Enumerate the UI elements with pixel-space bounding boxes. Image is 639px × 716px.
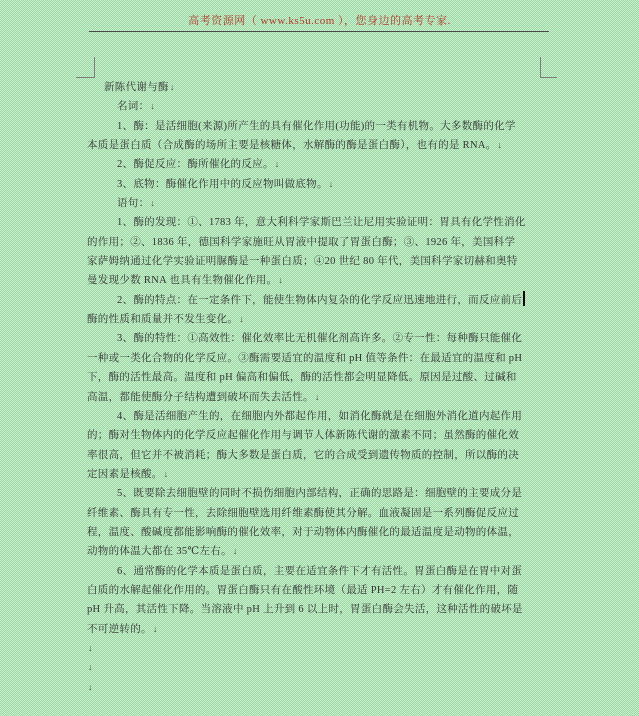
text-run: 5、既要除去细胞壁的同时不损伤细胞内部结构，正确的思路是：细胞壁的主要成分是 (117, 488, 522, 499)
paragraph-mark: ↓ (329, 179, 334, 189)
paragraph-mark: ↓ (239, 314, 244, 324)
text-run: 3、酶的特性：①高效性：催化效率比无机催化剂高许多。②专一性：每种酶只能催化 (117, 333, 522, 344)
text-line[interactable]: 本质是蛋白质（合成酶的场所主要是核糖体，水解酶的酶是蛋白酶），也有的是 RNA。… (87, 136, 549, 155)
text-line[interactable]: pH 升高，其活性下降。当溶液中 pH 上升到 6 以上时，胃蛋白酶会失活，这种… (87, 600, 549, 619)
header-rule (89, 31, 549, 32)
text-line[interactable]: 曼发现少数 RNA 也具有生物催化作用。↓ (87, 271, 549, 290)
paragraph-mark: ↓ (233, 546, 238, 556)
text-line[interactable]: 的；酶对生物体内的化学反应起催化作用与调节人体新陈代谢的激素不同；虽然酶的催化效 (87, 426, 549, 445)
text-run: 2、酶促反应：酶所催化的反应。 (117, 159, 274, 170)
text-line[interactable]: 1、酶的发现：①、1783 年，意大利科学家斯巴兰让尼用实验证明：胃具有化学性消… (87, 213, 549, 232)
text-cursor (523, 291, 525, 306)
text-run: 6、通常酶的化学本质是蛋白质，主要在适宜条件下才有活性。胃蛋白酶是在胃中对蛋 (117, 566, 522, 577)
text-line[interactable]: ↓ (87, 639, 549, 658)
text-run: 高温，都能使酶分子结构遭到破坏而失去活性。 (87, 392, 314, 403)
text-run: 纤维素、酶具有专一性，去除细胞壁选用纤维素酶使其分解。血液凝固是一系列酶促反应过 (87, 508, 519, 519)
text-line[interactable]: 语句：↓ (87, 194, 549, 213)
paragraph-mark: ↓ (88, 643, 93, 653)
paragraph-mark: ↓ (315, 392, 320, 402)
paragraph-mark: ↓ (170, 82, 175, 92)
text-line[interactable]: 4、酶是活细胞产生的，在细胞内外都起作用，如消化酶就是在细胞外消化道内起作用 (87, 407, 549, 426)
text-line[interactable]: 6、通常酶的化学本质是蛋白质，主要在适宜条件下才有活性。胃蛋白酶是在胃中对蛋 (87, 562, 549, 581)
text-run: 程，温度、酸碱度都能影响酶的催化效率，对于动物体内酶催化的最适温度是动物的体温， (87, 527, 519, 538)
text-line[interactable]: 3、酶的特性：①高效性：催化效率比无机催化剂高许多。②专一性：每种酶只能催化 (87, 329, 549, 348)
text-line[interactable]: 白质的水解起催化作用的。胃蛋白酶只有在酸性环境（最适 PH=2 左右）才有催化作… (87, 581, 549, 600)
text-run: 1、酶：是活细胞(来源)所产生的具有催化作用(功能)的一类有机物。大多数酶的化学 (117, 121, 516, 132)
text-run: 不可逆转的。 (87, 624, 152, 635)
text-line[interactable]: 家萨姆纳通过化学实验证明脲酶是一种蛋白质；④20 世纪 80 年代，美国科学家切… (87, 252, 549, 271)
text-run: 曼发现少数 RNA 也具有生物催化作用。 (87, 275, 277, 286)
text-line[interactable]: 3、底物：酶催化作用中的反应物叫做底物。↓ (87, 175, 549, 194)
page-margin-mark-top-left (76, 57, 95, 78)
text-line[interactable]: 新陈代谢与酶↓ (87, 78, 549, 97)
text-line[interactable]: ↓ (87, 658, 549, 677)
paragraph-mark: ↓ (164, 469, 169, 479)
text-run: 2、酶的特点：在一定条件下，能使生物体内复杂的化学反应迅速地进行，而反应前后 (117, 295, 522, 306)
text-run: 本质是蛋白质（合成酶的场所主要是核糖体，水解酶的酶是蛋白酶），也有的是 RNA。 (87, 140, 497, 151)
text-line[interactable]: 程，温度、酸碱度都能影响酶的催化效率，对于动物体内酶催化的最适温度是动物的体温， (87, 523, 549, 542)
text-run: 率很高，但它并不被消耗；酶大多数是蛋白质，它的合成受到遗传物质的控制，所以酶的决 (87, 450, 519, 461)
text-line[interactable]: 定因素是核酸。↓ (87, 465, 549, 484)
text-line[interactable]: 1、酶：是活细胞(来源)所产生的具有催化作用(功能)的一类有机物。大多数酶的化学 (87, 117, 549, 136)
text-line[interactable]: 一种或一类化合物的化学反应。③酶需要适宜的温度和 pH 值等条件：在最适宜的温度… (87, 349, 549, 368)
text-line[interactable]: 动物的体温大都在 35℃左右。↓ (87, 542, 549, 561)
paragraph-mark: ↓ (275, 159, 280, 169)
word-document-view: 高考资源网（ www.ks5u.com ），您身边的高考专家. 新陈代谢与酶↓名… (0, 0, 639, 716)
text-run: 的；酶对生物体内的化学反应起催化作用与调节人体新陈代谢的激素不同；虽然酶的催化效 (87, 430, 519, 441)
page-margin-mark-top-right (540, 57, 557, 78)
paragraph-mark: ↓ (278, 275, 283, 285)
text-line[interactable]: 下，酶的活性最高。温度和 pH 偏高和偏低，酶的活性都会明显降低。原因是过酸、过… (87, 368, 549, 387)
text-line[interactable]: 不可逆转的。↓ (87, 620, 549, 639)
text-run: 新陈代谢与酶 (104, 82, 169, 93)
text-run: 名词： (117, 101, 149, 112)
text-run: 家萨姆纳通过化学实验证明脲酶是一种蛋白质；④20 世纪 80 年代，美国科学家切… (87, 256, 518, 267)
text-line[interactable]: ↓ (87, 678, 549, 697)
paragraph-mark: ↓ (150, 101, 155, 111)
text-line[interactable]: 的作用；②、1836 年，德国科学家施旺从胃液中提取了胃蛋白酶；③、1926 年… (87, 233, 549, 252)
text-line[interactable]: 2、酶促反应：酶所催化的反应。↓ (87, 155, 549, 174)
text-line[interactable]: 名词：↓ (87, 97, 549, 116)
document-body[interactable]: 新陈代谢与酶↓名词：↓1、酶：是活细胞(来源)所产生的具有催化作用(功能)的一类… (87, 78, 549, 697)
text-run: 下，酶的活性最高。温度和 pH 偏高和偏低，酶的活性都会明显降低。原因是过酸、过… (87, 372, 517, 383)
text-run: 语句： (117, 198, 149, 209)
text-line[interactable]: 2、酶的特点：在一定条件下，能使生物体内复杂的化学反应迅速地进行，而反应前后 (87, 291, 549, 310)
text-run: 定因素是核酸。 (87, 469, 163, 480)
paragraph-mark: ↓ (498, 140, 503, 150)
paragraph-mark: ↓ (153, 624, 158, 634)
paragraph-mark: ↓ (88, 662, 93, 672)
text-line[interactable]: 率很高，但它并不被消耗；酶大多数是蛋白质，它的合成受到遗传物质的控制，所以酶的决 (87, 446, 549, 465)
text-run: 3、底物：酶催化作用中的反应物叫做底物。 (117, 179, 328, 190)
text-line[interactable]: 5、既要除去细胞壁的同时不损伤细胞内部结构，正确的思路是：细胞壁的主要成分是 (87, 484, 549, 503)
text-run: pH 升高，其活性下降。当溶液中 pH 上升到 6 以上时，胃蛋白酶会失活，这种… (87, 604, 523, 615)
text-run: 1、酶的发现：①、1783 年，意大利科学家斯巴兰让尼用实验证明：胃具有化学性消… (117, 217, 526, 228)
text-run: 动物的体温大都在 35℃左右。 (87, 546, 232, 557)
text-run: 一种或一类化合物的化学反应。③酶需要适宜的温度和 pH 值等条件：在最适宜的温度… (87, 353, 522, 364)
text-run: 酶的性质和质量并不发生变化。 (87, 314, 238, 325)
paragraph-mark: ↓ (88, 682, 93, 692)
text-run: 白质的水解起催化作用的。胃蛋白酶只有在酸性环境（最适 PH=2 左右）才有催化作… (87, 585, 518, 596)
text-line[interactable]: 高温，都能使酶分子结构遭到破坏而失去活性。↓ (87, 388, 549, 407)
text-line[interactable]: 酶的性质和质量并不发生变化。↓ (87, 310, 549, 329)
text-run: 4、酶是活细胞产生的，在细胞内外都起作用，如消化酶就是在细胞外消化道内起作用 (117, 411, 522, 422)
text-run: 的作用；②、1836 年，德国科学家施旺从胃液中提取了胃蛋白酶；③、1926 年… (87, 237, 515, 248)
site-watermark-header: 高考资源网（ www.ks5u.com ），您身边的高考专家. (0, 12, 639, 28)
text-line[interactable]: 纤维素、酶具有专一性，去除细胞壁选用纤维素酶使其分解。血液凝固是一系列酶促反应过 (87, 504, 549, 523)
paragraph-mark: ↓ (150, 198, 155, 208)
